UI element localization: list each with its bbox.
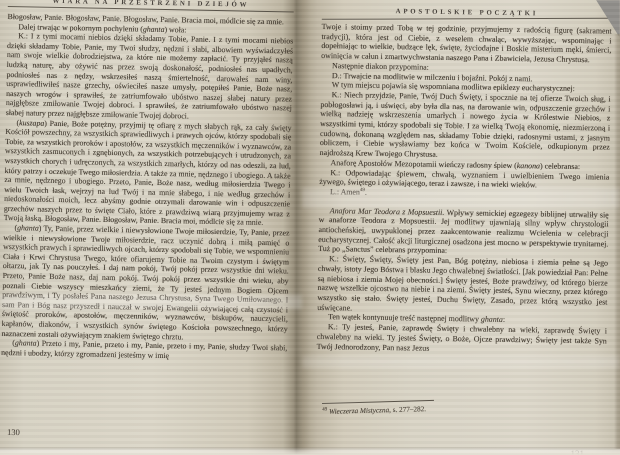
text-segment: Następnie diakon przypomina:	[332, 61, 429, 72]
paragraph: K.: Niech przyjdzie, Panie, Twój Duch Św…	[320, 90, 611, 162]
text-segment: ) celebransa:	[540, 161, 580, 171]
paragraph: (ghanta) Przeto i my, Panie, przeto i my…	[1, 338, 287, 363]
text-segment: K.: Święty, Święty, Święty jest Pan, Bóg…	[317, 254, 608, 312]
text-segment: :	[503, 315, 505, 324]
text-segment: L.: Amen	[330, 187, 360, 196]
text-segment: K.: Niech przyjdzie, Panie, Twój Duch Św…	[320, 90, 611, 159]
right-page-content: APOSTOLSKIE POCZĄTKI Twoje i stoimy prze…	[317, 6, 612, 356]
left-page: WIARA NA PRZESTRZENI DZIEJÓW Błogosław, …	[0, 0, 302, 455]
right-header-title: APOSTOLSKIE POCZĄTKI	[396, 8, 539, 17]
paragraph: Anafora Mar Teodora z Mopsuestii. Wpływy…	[318, 206, 609, 259]
paragraph: K.: I z tymi mocami niebios dzięki skład…	[6, 31, 294, 123]
paragraph: Twoje i stoimy przed Tobą w tej godzinie…	[321, 22, 612, 65]
paragraph: K.: Święty, Święty, Święty jest Pan, Bóg…	[317, 254, 608, 317]
text-segment: kanona	[517, 161, 540, 170]
right-page-text: Twoje i stoimy przed Tobą w tej godzinie…	[317, 22, 612, 356]
paragraph: K.: Ty jesteś, Panie, zaprawdę Święty i …	[317, 322, 607, 356]
footnote-rule	[322, 400, 434, 404]
text-segment: K.: Odpowiadając śpiewem, chwałą, wyznan…	[319, 168, 609, 190]
scan-bottom-edge	[0, 447, 620, 455]
text-segment: Wieczerza Mistyczna	[329, 406, 389, 416]
left-page-number: 130	[7, 427, 20, 437]
right-header-rule	[322, 18, 612, 20]
footnote: 49 Wieczerza Mistyczna, s. 277–282.	[322, 401, 572, 416]
text-segment: Twoje i stoimy przed Tobą w tej godzinie…	[321, 22, 612, 64]
text-segment: ) woła:	[164, 25, 186, 34]
text-segment: .	[365, 188, 367, 197]
left-page-content: WIARA NA PRZESTRZENI DZIEJÓW Błogosław, …	[1, 0, 294, 363]
left-page-text: Błogosław, Panie. Błogosław, Panie. Błog…	[1, 12, 294, 363]
text-segment: ghanta	[481, 315, 503, 324]
text-segment: ) Panie, Boże potężny, przyjmij tę ofiar…	[4, 118, 292, 227]
footnote-block: 49 Wieczerza Mistyczna, s. 277–282.	[322, 396, 572, 416]
text-segment: ghanta	[15, 338, 37, 347]
text-segment: ) Ty, Panie, przez wielkie i niewysłowio…	[1, 224, 289, 341]
text-segment: ghanta	[143, 24, 165, 33]
text-segment: K.: I z tymi mocami niebios dzięki skład…	[6, 31, 294, 120]
paragraph: (kuszapa) Panie, Boże potężny, przyjmij …	[4, 118, 292, 229]
paragraph: (ghanta) Ty, Panie, przez wielkie i niew…	[1, 223, 289, 344]
text-segment: K.: Ty jesteś, Panie, zaprawdę Święty i …	[317, 322, 607, 352]
text-segment: ) Przeto i my, Panie, przeto i my, Panie…	[1, 339, 287, 360]
text-segment: kuszapa	[19, 118, 44, 127]
text-segment: , s. 277–282.	[389, 405, 426, 414]
book-scan: WIARA NA PRZESTRZENI DZIEJÓW Błogosław, …	[0, 0, 620, 455]
text-segment: ghanta	[17, 223, 39, 232]
right-page: APOSTOLSKIE POCZĄTKI Twoje i stoimy prze…	[302, 0, 620, 455]
